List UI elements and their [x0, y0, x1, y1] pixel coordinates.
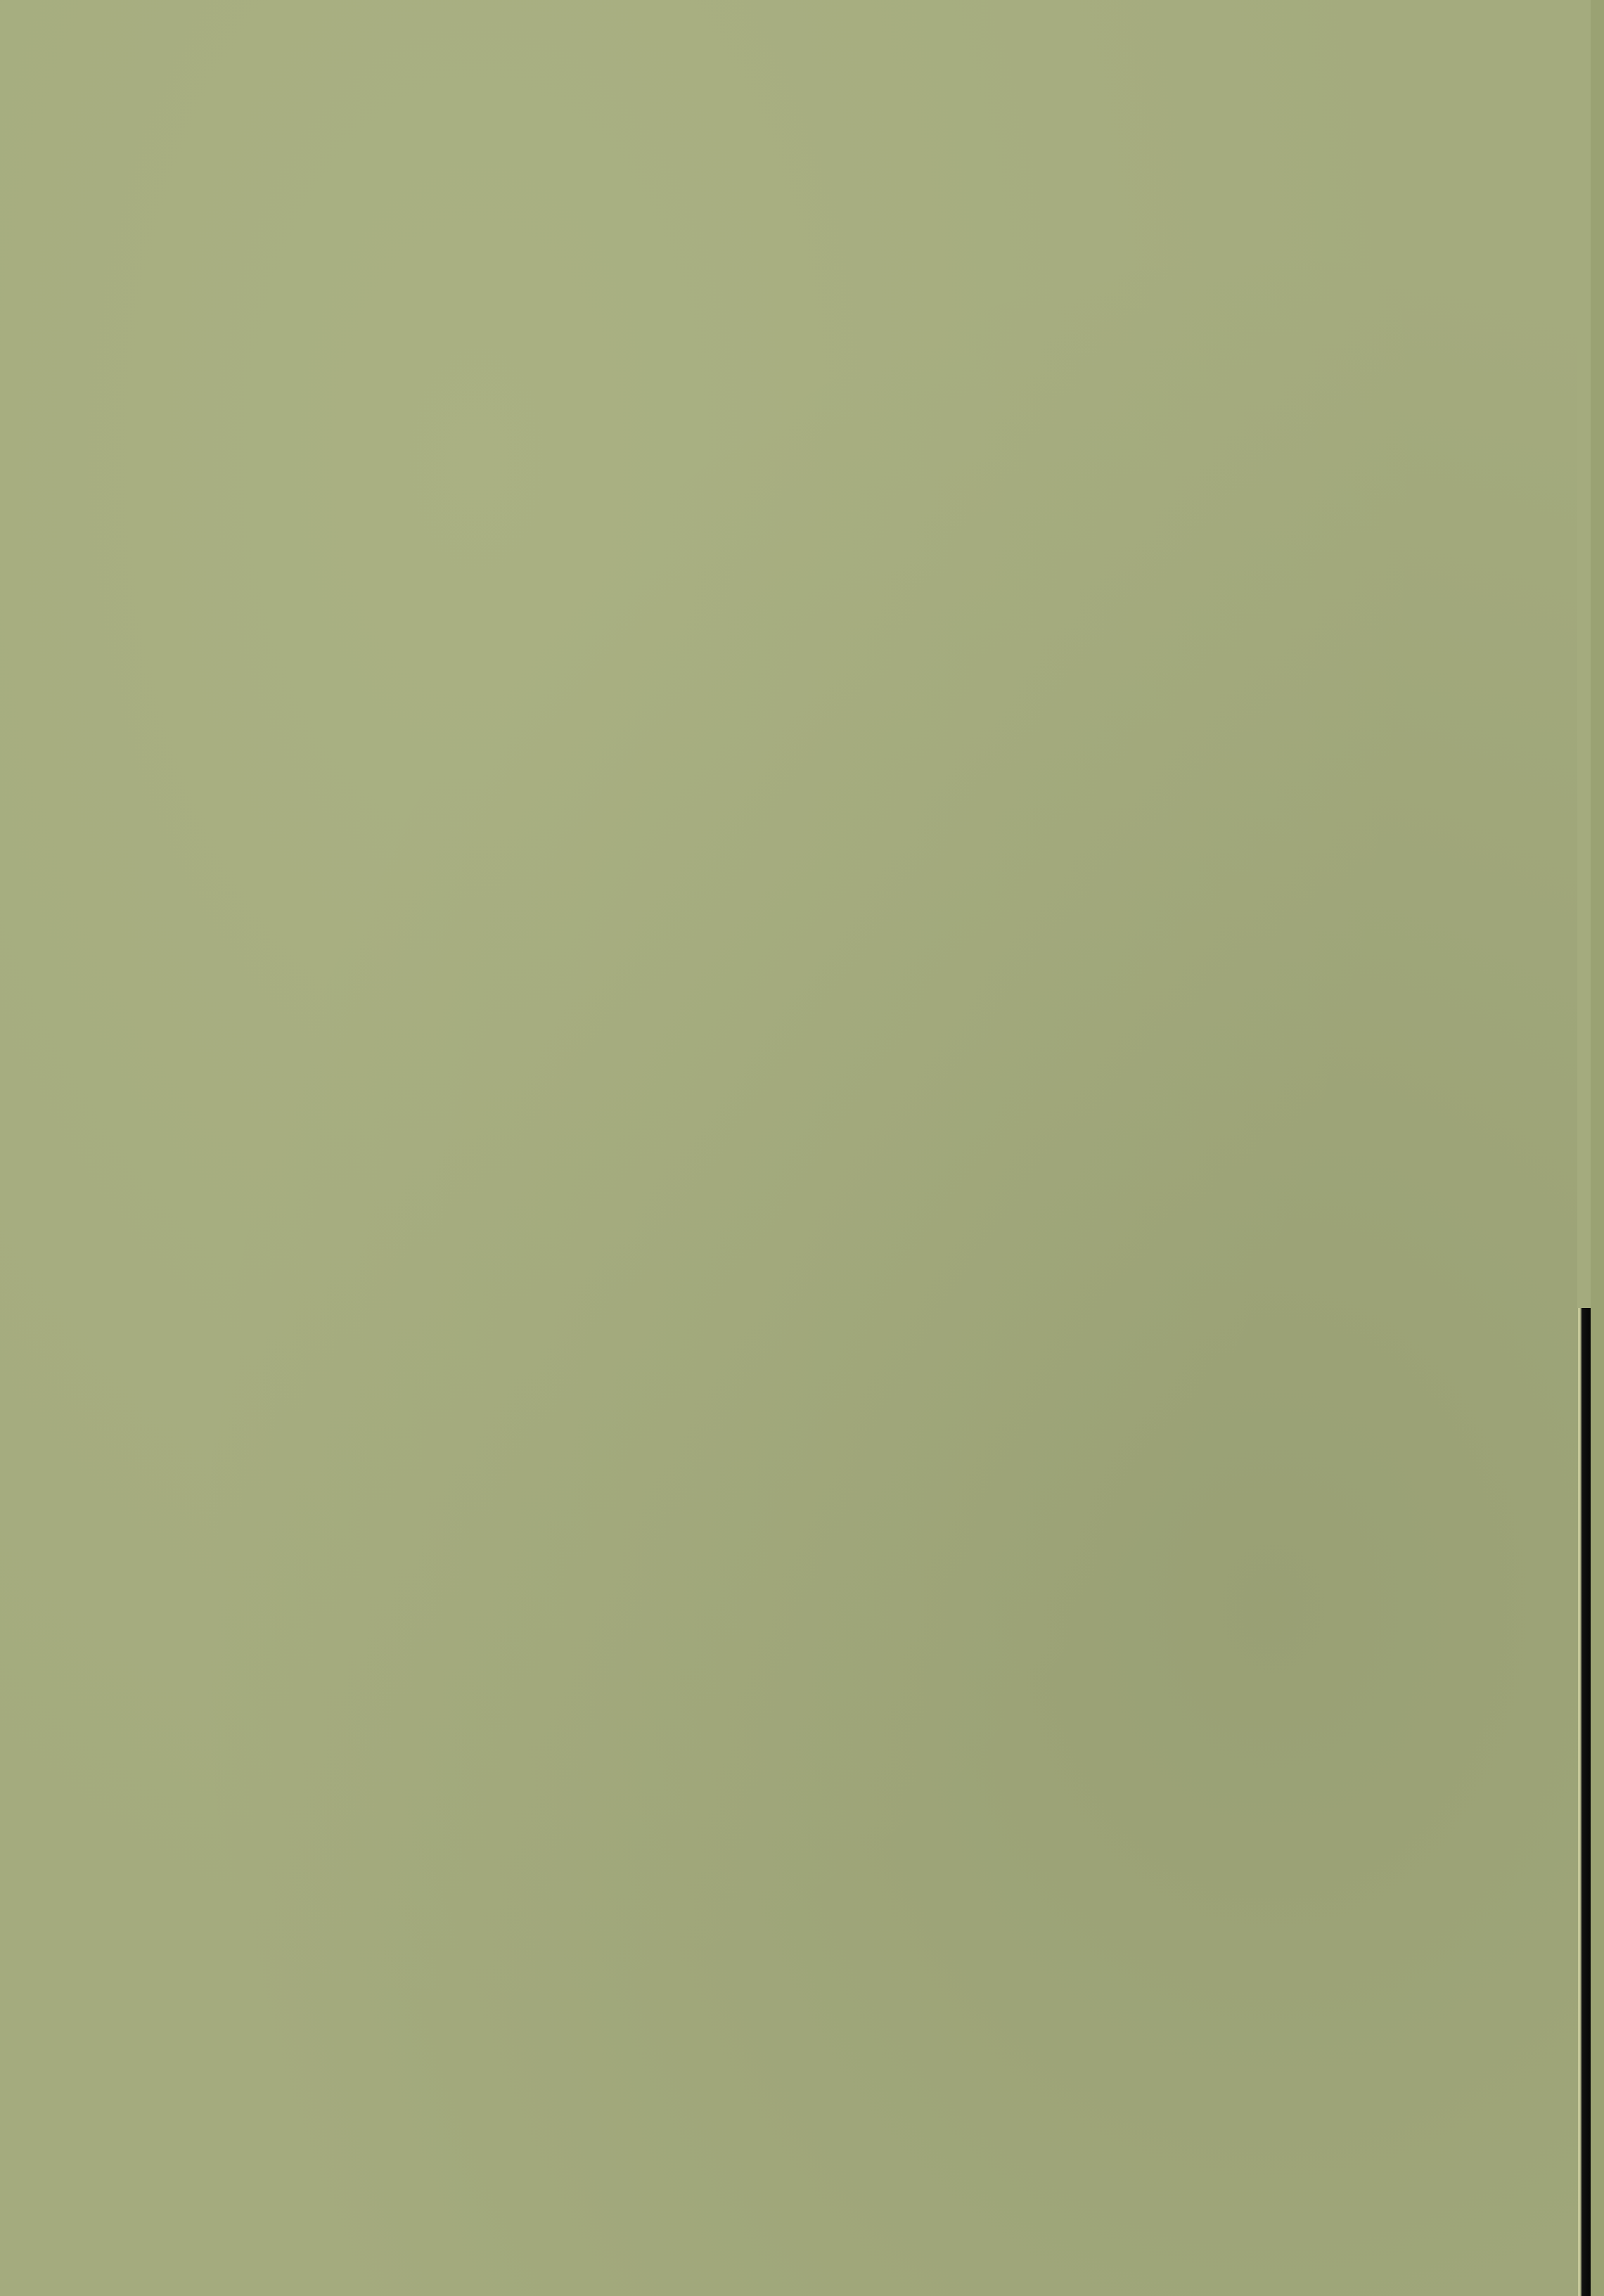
page-torn-edge [1578, 1308, 1591, 2296]
scanned-document-page [0, 0, 1591, 2296]
page-edge [1577, 0, 1591, 1308]
